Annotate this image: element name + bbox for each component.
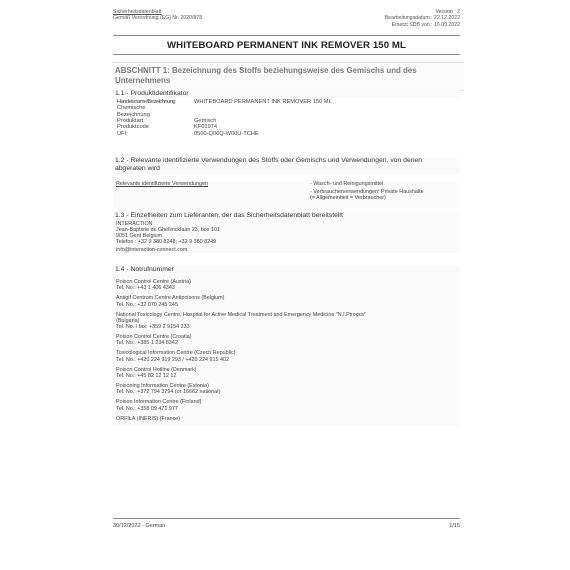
section-1-2-heading: 1.2 - Relevante identifizierte Verwendun… [113,157,460,174]
kv-value: KF01974 [194,124,217,130]
emergency-contacts: Poison Control Centre (Austria) Tel. No.… [113,274,460,426]
section-1-4-heading: 1.4 - Notrufnummer [113,266,460,274]
centre-phone: Tel. No.: +358 09 471 977 [116,406,460,412]
supplier-details: INTERACTION Jean-Baptiste de Ghellinckla… [113,220,460,253]
product-title: WHITEBOARD PERMANENT INK REMOVER 150 ML [113,40,460,51]
emergency-entry: Poison Control Centre (Austria) Tel. No.… [116,279,460,292]
kv-ufi: UFI: 0500-Q06Q-W00U-TCHE [115,131,460,137]
section-1-2: 1.2 - Relevante identifizierte Verwendun… [113,157,460,208]
emergency-entry: Poison Control Centre (Croatia) Tel. No.… [116,334,460,347]
footer-divider [113,518,460,519]
identified-uses-list: - Wasch- und Reinigungsmittel - Verbrauc… [307,181,424,202]
sds-page: Sicherheitsdatenblatt Gemäß Verordnung (… [113,0,460,570]
centre-phone: Tel. No. / fax: +359 2 9154 233 [116,324,460,330]
section-1-4: 1.4 - Notrufnummer Poison Control Centre… [113,266,460,426]
kv-key: UFI: [117,131,187,137]
header-left: Sicherheitsdatenblatt Gemäß Verordnung (… [113,9,202,22]
emergency-entry: Antigif Centrum Centre Antipoisons (Belg… [116,295,460,308]
supersedes-date: Ersetzt SDB von : 16.09.2022 [385,22,460,28]
kv-key: Produktart [117,118,187,124]
supplier-email[interactable]: info@interaction-connect.com [116,247,460,253]
section-1-2-heading-line1: 1.2 - Relevante identifizierte Verwendun… [115,157,458,165]
emergency-entry: ORFILA (INERIS) (France) [116,416,460,422]
page-header: Sicherheitsdatenblatt Gemäß Verordnung (… [113,9,460,35]
section-1-1-heading: 1.1 - Produktidentifikator [113,90,460,98]
kv-value: 0500-Q06Q-W00U-TCHE [194,131,259,137]
kv-key: Handelsname/Bezeichnung [117,99,187,105]
emergency-entry: Poisoning Information Centre (Estonia) T… [116,383,460,396]
section-1-heading: ABSCHNITT 1: Bezeichnung des Stoffs bezi… [113,62,464,91]
title-divider [113,54,460,55]
use-item: - Wasch- und Reinigungsmittel [310,181,424,187]
supplier-phone: Telefon : +32 9 380 8248; +32 9 380 8249 [116,239,460,245]
kv-chemical-name: Chemische Bezeichnung [115,105,460,118]
centre-phone: Tel. No.: +32 070 245 245 [116,302,460,308]
kv-value: Gemisch [194,118,216,124]
regulation: Gemäß Verordnung (EG) Nr. 2020/878 [113,15,202,21]
identified-uses: Relevante identifizierte Verwendungen - … [113,181,460,208]
section-1-heading-line1: ABSCHNITT 1: Bezeichnung des Stoffs bezi… [115,66,462,76]
emergency-entry: Poison Control Hotline (Denmark) Tel. No… [116,367,460,380]
centre-name: ORFILA (INERIS) (France) [116,416,460,422]
section-1-heading-line2: Unternehmens [115,76,462,86]
centre-phone: Tel. No.: +385 1 234 8342 [116,340,460,346]
section-1-3: 1.3 - Einzelheiten zum Lieferanten, der … [113,212,460,253]
footer-page-number: 1/15 [449,523,460,529]
centre-phone: Tel. No.: +372 794 3794 (or 16662 nation… [116,389,460,395]
kv-value: WHITEBOARD PERMANENT INK REMOVER 150 ML [194,99,332,105]
section-1-3-heading: 1.3 - Einzelheiten zum Lieferanten, der … [113,212,460,220]
revision-date: Bearbeitungsdatum : 22.12.2022 [385,15,460,21]
product-identifier-table: Handelsname/Bezeichnung WHITEBOARD PERMA… [113,99,460,137]
kv-key: Produktcode [117,124,187,130]
section-1-2-heading-line2: abgeraten wird [115,165,458,173]
use-item: (= Allgemeinheit = Verbraucher) [310,195,424,201]
emergency-entry: National Toxicology Centre, Hospital for… [116,312,460,331]
emergency-entry: Toxicological Information Centre (Czech … [116,350,460,363]
footer-date-language: 30/12/2022 - German [113,523,165,529]
section-1-1: 1.1 - Produktidentifikator Handelsname/B… [113,90,460,137]
centre-phone: Tel. No.: +45 82 12 12 12 [116,373,460,379]
emergency-entry: Poison Information Centre (Finland) Tel.… [116,399,460,412]
centre-phone: Tel. No.: +420 224 919 293 / +420 224 91… [116,357,460,363]
identified-uses-label: Relevante identifizierte Verwendungen [113,181,208,187]
centre-phone: Tel. No.: +43 1 406 4343 [116,285,460,291]
header-right: Version : 2 Bearbeitungsdatum : 22.12.20… [385,9,460,28]
header-divider [113,35,460,36]
